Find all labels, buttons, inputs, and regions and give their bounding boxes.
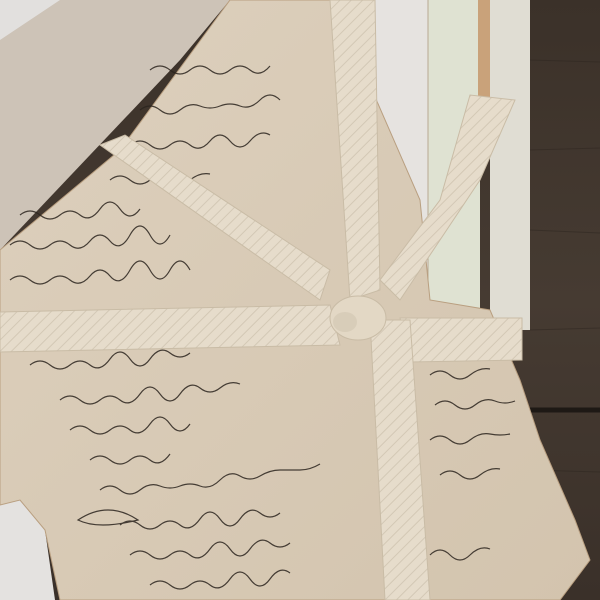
manuscript-photo: [0, 0, 600, 600]
photo-scene: [0, 0, 600, 600]
